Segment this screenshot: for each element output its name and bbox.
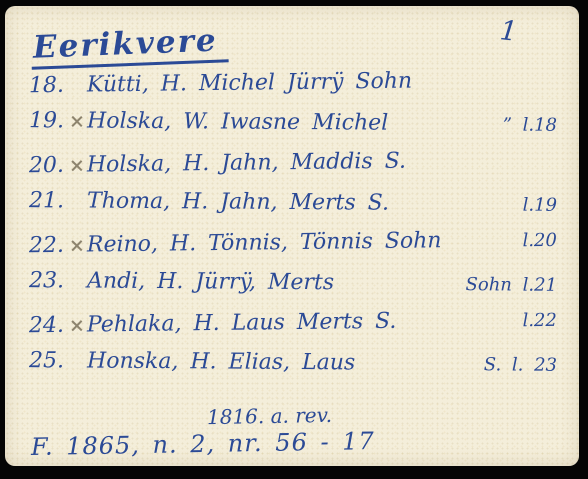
entry-number: 19.	[29, 108, 69, 133]
village-title: Eerikvere	[30, 22, 228, 70]
entry-line-ref: l.20	[522, 230, 563, 251]
pencil-x-mark: ×	[69, 235, 83, 257]
entry-line-ref: l.19	[523, 195, 564, 216]
entry-row: 19. × Holska, W. Iwasne Michel ” l.18	[29, 108, 563, 152]
archive-reference: F. 1865, n. 2, nr. 56 - 17	[31, 427, 375, 461]
entry-row: 24. × Pehlaka, H. Laus Merts S. l.22	[29, 307, 563, 354]
entry-row: 22. × Reino, H. Tönnis, Tönnis Sohn l.20	[29, 227, 563, 274]
entry-row: 20. × Holska, H. Jahn, Maddis S.	[29, 147, 563, 194]
entry-name-text: Kütti, H. Michel Jürrÿ Sohn	[87, 69, 412, 98]
entry-number: 22.	[29, 233, 69, 258]
entry-number: 24.	[29, 313, 69, 338]
entry-number: 20.	[29, 153, 69, 178]
entry-row: 23. Andi, H. Jürrÿ, Merts Sohn l.21	[29, 268, 563, 312]
entry-line-ref: ” l.18	[503, 114, 563, 135]
entry-number: 18.	[29, 73, 69, 98]
entry-row: 25. Honska, H. Elias, Laus S. l. 23	[29, 348, 563, 392]
pencil-x-mark: ×	[69, 155, 83, 177]
card-title-wrap: Eerikvere	[30, 22, 228, 70]
entry-list: 18. Kütti, H. Michel Jürrÿ Sohn 19. × Ho…	[29, 70, 563, 390]
revision-note: 1816. a. rev.	[207, 403, 332, 429]
entry-number: 23.	[29, 268, 69, 293]
entry-name-text: Andi, H. Jürrÿ, Merts	[87, 269, 334, 296]
entry-line-ref: l.22	[522, 310, 563, 331]
page-number: 1	[498, 15, 518, 48]
entry-name-text: Pehlaka, H. Laus Merts S.	[87, 309, 397, 338]
scanned-index-card: Eerikvere 1 18. Kütti, H. Michel Jürrÿ S…	[0, 0, 588, 479]
pencil-x-mark: ×	[69, 110, 83, 132]
entry-number: 25.	[29, 348, 69, 373]
entry-name-text: Honska, H. Elias, Laus	[87, 349, 355, 376]
entry-name-text: Holska, W. Iwasne Michel	[87, 109, 388, 136]
entry-number: 21.	[29, 188, 69, 213]
entry-name-text: Thoma, H. Jahn, Merts S.	[87, 189, 389, 216]
card-paper: Eerikvere 1 18. Kütti, H. Michel Jürrÿ S…	[5, 6, 579, 466]
entry-name-text: Reino, H. Tönnis, Tönnis Sohn	[87, 228, 442, 257]
entry-name-text: Holska, H. Jahn, Maddis S.	[87, 149, 406, 178]
entry-row: 18. Kütti, H. Michel Jürrÿ Sohn	[29, 67, 563, 114]
entry-row: 21. Thoma, H. Jahn, Merts S. l.19	[29, 188, 563, 232]
entry-line-ref: Sohn l.21	[465, 274, 563, 296]
pencil-x-mark: ×	[69, 315, 83, 337]
entry-line-ref: S. l. 23	[484, 354, 563, 376]
